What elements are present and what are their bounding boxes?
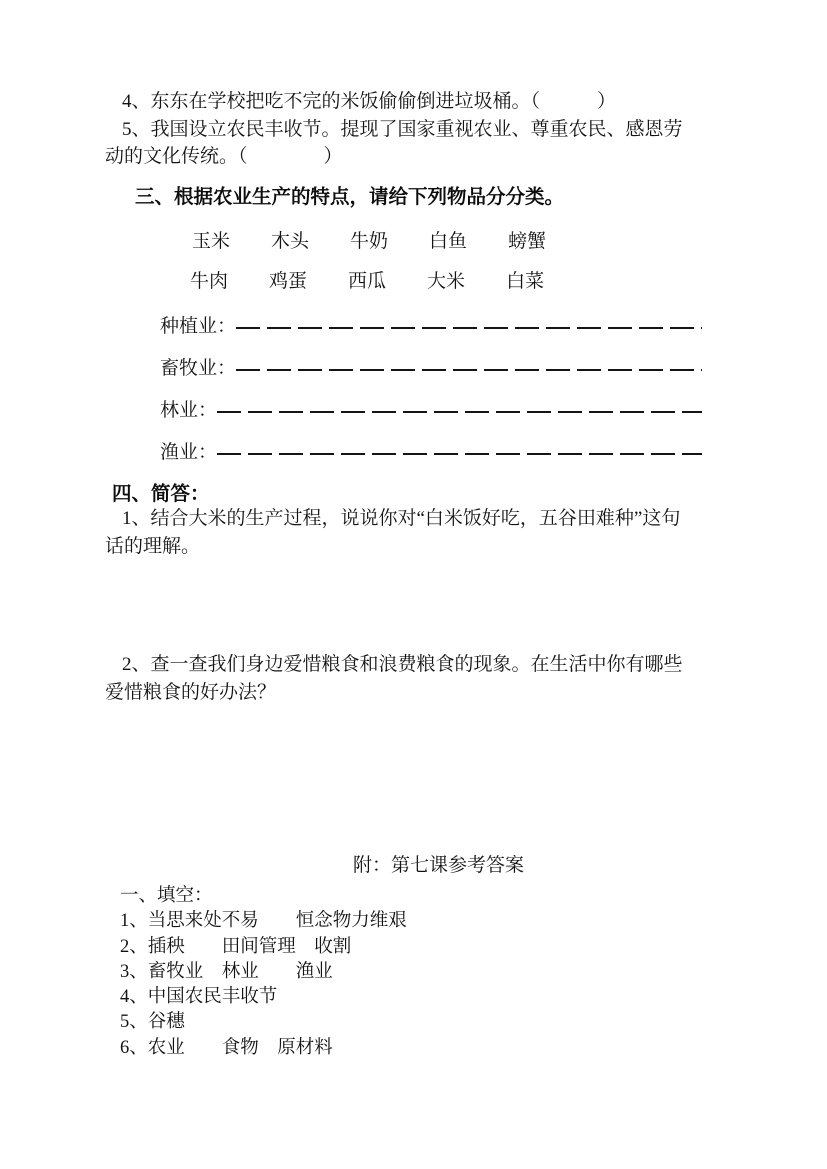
category-label: 林业： [160,400,217,422]
classify-items-row-1: 玉米 木头 牛奶 白鱼 螃蟹 [192,231,546,253]
item-word: 大米 [427,271,465,293]
classify-items-row-2: 牛肉 鸡蛋 西瓜 大米 白菜 [190,271,544,293]
item-word: 牛肉 [190,271,228,293]
answer-key-section-label: 一、填空： [120,884,720,909]
true-false-questions: 4、东东在学校把吃不完的米饭偷偷倒进垃圾桶。（ ） 5、我国设立农民丰收节。提现… [105,88,689,171]
answer-key-list: 一、填空： 1、当思来处不易 恒念物力维艰 2、插秧 田间管理 收割 3、畜牧业… [120,884,720,1061]
answer-key-item: 1、当思来处不易 恒念物力维艰 [120,909,720,934]
category-label: 渔业： [160,442,217,464]
section-three-heading: 三、根据农业生产的特点，请给下列物品分分类。 [135,186,564,208]
category-answer-lines: 种植业： 畜牧业： 林业： 渔业： [160,316,702,484]
worksheet-page: 4、东东在学校把吃不完的米饭偷偷倒进垃圾桶。（ ） 5、我国设立农民丰收节。提现… [0,0,827,1169]
category-row-fishery: 渔业： [160,442,702,464]
blank-answer-line [217,453,702,455]
item-word: 螃蟹 [508,231,546,253]
answer-key-title: 附：第七课参考答案 [353,855,524,877]
category-row-planting: 种植业： [160,316,702,338]
category-row-husbandry: 畜牧业： [160,358,702,380]
category-label: 畜牧业： [160,358,236,380]
item-word: 牛奶 [350,231,388,253]
item-word: 木头 [271,231,309,253]
item-word: 鸡蛋 [269,271,307,293]
item-word: 西瓜 [348,271,386,293]
category-row-forestry: 林业： [160,400,702,422]
category-label: 种植业： [160,316,236,338]
blank-answer-line [236,327,702,329]
answer-key-item: 6、农业 食物 原材料 [120,1036,720,1061]
blank-answer-line [236,369,702,371]
answer-key-item: 3、畜牧业 林业 渔业 [120,960,720,985]
short-answer-question-2: 2、查一查我们身边爱惜粮食和浪费粮食的现象。在生活中你有哪些爱惜粮食的好办法？ [105,651,689,707]
short-answer-question-1: 1、结合大米的生产过程，说说你对“白米饭好吃，五谷田难种”这句话的理解。 [105,505,689,561]
blank-answer-line [217,411,702,413]
tf-question-4: 4、东东在学校把吃不完的米饭偷偷倒进垃圾桶。（ ） [105,88,689,116]
tf-question-5: 5、我国设立农民丰收节。提现了国家重视农业、尊重农民、感恩劳动的文化传统。（ ） [105,116,689,171]
answer-key-item: 2、插秧 田间管理 收割 [120,935,720,960]
item-word: 白菜 [506,271,544,293]
section-four-heading: 四、简答： [112,483,210,505]
answer-key-item: 5、谷穗 [120,1010,720,1035]
answer-key-item: 4、中国农民丰收节 [120,985,720,1010]
item-word: 玉米 [192,231,230,253]
item-word: 白鱼 [429,231,467,253]
